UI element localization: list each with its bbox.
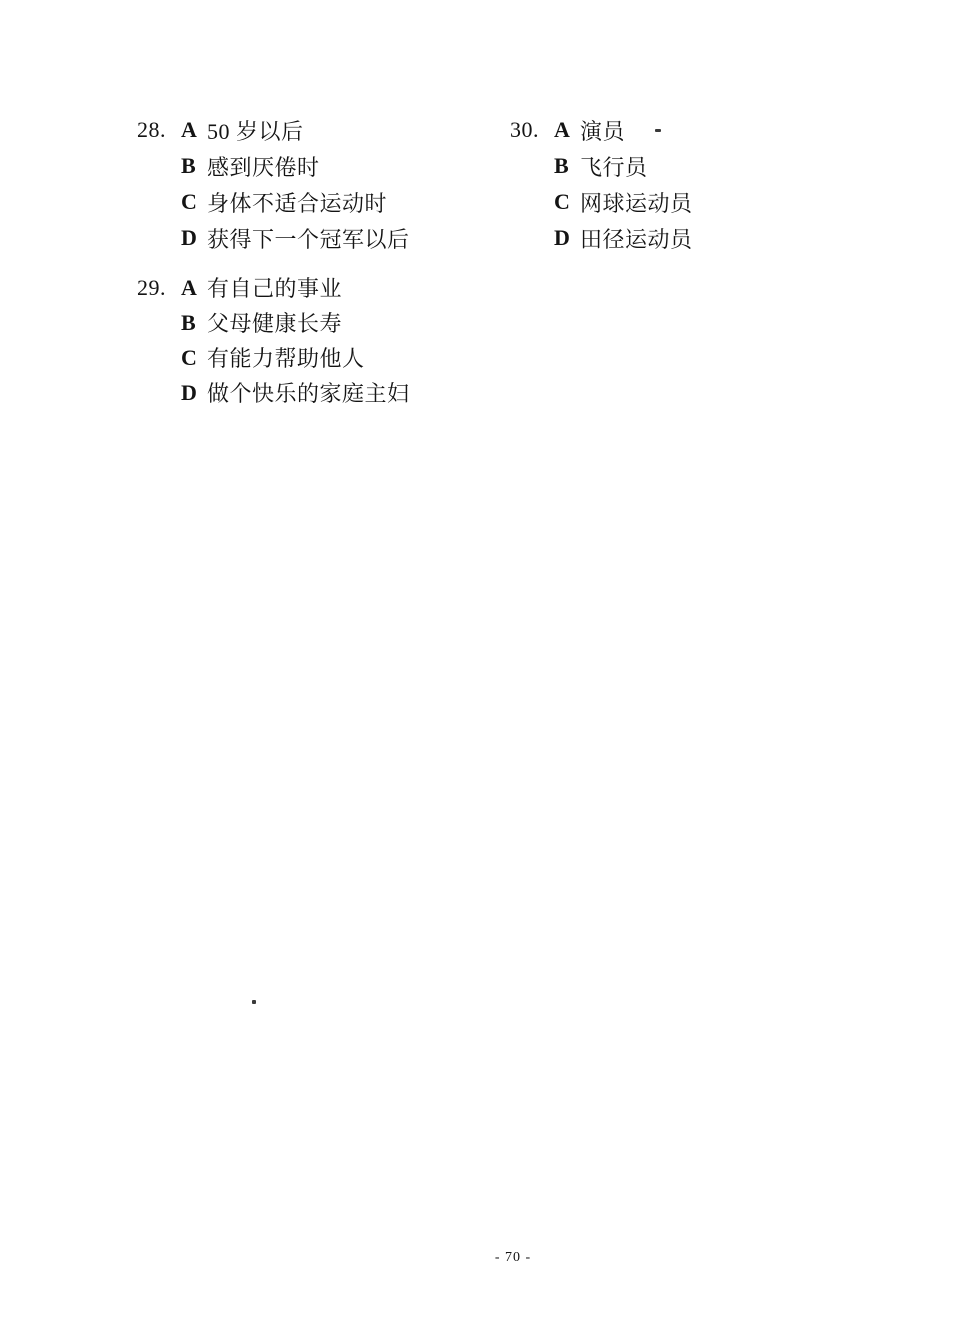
option-letter-b: B — [554, 153, 580, 179]
option-letter-d: D — [554, 225, 580, 251]
question-30: 30. A 演员 B 飞行员 C 网球运动员 D 田径运动员 — [510, 112, 693, 256]
question-number: 29. — [137, 275, 181, 301]
option-text-c: 身体不适合运动时 — [207, 187, 410, 218]
option-text-c: 有能力帮助他人 — [207, 342, 410, 373]
option-text-c: 网球运动员 — [580, 187, 693, 218]
option-letter-a: A — [181, 117, 207, 143]
option-letter-b: B — [181, 153, 207, 179]
question-28: 28. A 50 岁以后 B 感到厌倦时 C 身体不适合运动时 D 获得下一个冠… — [137, 112, 410, 256]
option-letter-a: A — [554, 117, 580, 143]
option-text-d: 田径运动员 — [580, 223, 693, 254]
question-number: 28. — [137, 117, 181, 143]
option-letter-c: C — [554, 189, 580, 215]
option-text-b: 父母健康长寿 — [207, 307, 410, 338]
scan-artifact-dot — [252, 1000, 256, 1004]
option-letter-a: A — [181, 275, 207, 301]
option-text-b: 飞行员 — [580, 151, 693, 182]
option-text-a: 有自己的事业 — [207, 272, 410, 303]
option-letter-c: C — [181, 189, 207, 215]
option-text-a: 50 岁以后 — [207, 115, 410, 146]
option-letter-b: B — [181, 310, 207, 336]
option-letter-d: D — [181, 225, 207, 251]
question-number: 30. — [510, 117, 554, 143]
page-number: - 70 - — [453, 1250, 573, 1266]
option-letter-c: C — [181, 345, 207, 371]
option-text-d: 获得下一个冠军以后 — [207, 223, 410, 254]
option-text-b: 感到厌倦时 — [207, 151, 410, 182]
option-text-d: 做个快乐的家庭主妇 — [207, 377, 410, 408]
option-text-a: 演员 — [580, 115, 693, 146]
scan-artifact-dot — [655, 129, 661, 132]
question-29: 29. A 有自己的事业 B 父母健康长寿 C 有能力帮助他人 D 做个快乐的家… — [137, 270, 410, 410]
document-page: 28. A 50 岁以后 B 感到厌倦时 C 身体不适合运动时 D 获得下一个冠… — [0, 0, 960, 1344]
option-letter-d: D — [181, 380, 207, 406]
